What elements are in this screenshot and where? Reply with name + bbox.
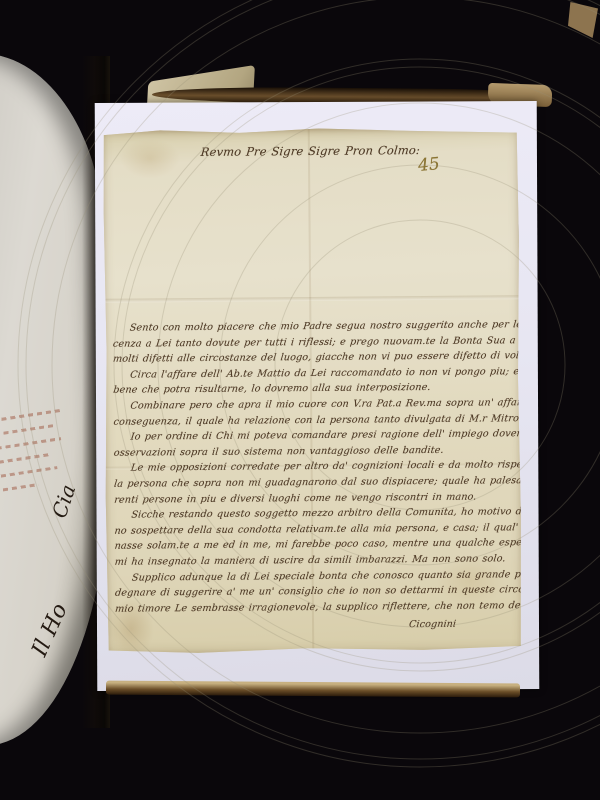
letter-body: Sento con molto piacere che mio Padre se… (112, 319, 517, 619)
bleed-through-row (0, 437, 61, 455)
folio-number: 45 (417, 154, 440, 176)
letter-salutation: Revmo Pre Sigre Sigre Pron Colmo: (101, 142, 519, 160)
manuscript-leaf: Revmo Pre Sigre Sigre Pron Colmo: 45 Sen… (102, 125, 524, 656)
bleed-through-row (0, 466, 57, 483)
letter-line: mio timore Le sembrasse irragionevole, l… (114, 600, 518, 619)
book-corner-top-right (568, 2, 598, 38)
letter-signature: Cicognini (408, 619, 456, 630)
marginalia-text: Il Ho (27, 600, 73, 661)
fold-crease (103, 295, 520, 303)
bleed-through-row (0, 453, 50, 469)
photograph-of-manuscript: il Marg cialla d raffermo il Con dal Cor… (0, 0, 600, 800)
bleed-through-row (0, 483, 39, 497)
book-page-edges-bottom (106, 681, 520, 698)
